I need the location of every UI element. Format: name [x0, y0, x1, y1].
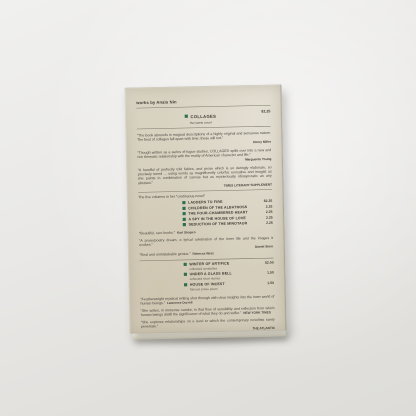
green-square-icon: [183, 212, 186, 215]
book-title: WINTER OF ARTIFICEcollected novelettes: [189, 262, 229, 272]
review-attribution: NEW YORK TIMES: [243, 311, 271, 315]
review-quote: “Featherweight mystical writing shot thr…: [140, 295, 274, 307]
green-square-icon: [182, 207, 185, 210]
book-price: 2.25: [266, 216, 273, 220]
featured-title-block: COLLAGES Her latest novel $2.25: [136, 110, 270, 126]
green-square-icon: [185, 114, 188, 117]
green-square-icon: [183, 218, 186, 221]
book-price: 1.50: [267, 281, 274, 285]
book-title: SEDUCTION OF THE MINOTAUR: [189, 222, 248, 227]
book-subtitle: famous prose poem: [190, 287, 225, 292]
series-list: LADDERS TO FIRE $2.25 CHILDREN OF THE AL…: [138, 199, 272, 228]
book-subtitle: collected short stories: [190, 277, 232, 282]
review-quote: “A handful of perfectly told fables, and…: [138, 166, 272, 186]
review-attribution: Karl Shapiro: [177, 231, 196, 235]
cover-content: works by Anaïs Nin COLLAGES Her latest n…: [124, 84, 286, 333]
series-heading: The five volumes in her “continuous nove…: [138, 193, 272, 199]
green-square-icon: [183, 223, 186, 226]
collections-list: WINTER OF ARTIFICEcollected novelettes $…: [140, 261, 275, 293]
book-title: A SPY IN THE HOUSE OF LOVE: [188, 216, 246, 221]
paperback-book: works by Anaïs Nin COLLAGES Her latest n…: [124, 84, 286, 333]
book-price: 1.50: [267, 271, 274, 275]
green-square-icon: [184, 263, 187, 266]
green-square-icon: [184, 273, 187, 276]
book-title: UNDER A GLASS BELLcollected short storie…: [190, 272, 232, 282]
green-square-icon: [182, 201, 185, 204]
book-price: $2.25: [264, 199, 273, 203]
book-title: THE FOUR-CHAMBERED HEART: [188, 211, 248, 216]
featured-title: COLLAGES: [190, 114, 216, 119]
green-square-icon: [184, 283, 187, 286]
review-attribution: Rebecca West: [192, 252, 213, 256]
featured-subtitle: Her latest novel: [185, 121, 217, 125]
photo-scene: works by Anaïs Nin COLLAGES Her latest n…: [0, 0, 416, 416]
book-title: CHILDREN OF THE ALBATROSS: [188, 205, 247, 210]
book-subtitle: collected novelettes: [189, 267, 229, 272]
review-quote: “Beautiful, rare books.” Karl Shapiro: [139, 229, 273, 236]
review-quote: “She writes, in immense candor, in that …: [141, 306, 275, 318]
divider: [137, 126, 271, 129]
book-price: $2.00: [265, 261, 274, 265]
review-quote: “Real and unmistakable genius.” Rebecca …: [139, 251, 273, 258]
cover-header: works by Anaïs Nin: [136, 98, 270, 106]
divider: [138, 189, 272, 192]
divider: [136, 105, 270, 108]
book-price: 2.25: [266, 210, 273, 214]
book-price: 2.25: [266, 205, 273, 209]
list-item: HOUSE OF INCESTfamous prose poem 1.50: [140, 281, 274, 293]
book-title: HOUSE OF INCESTfamous prose poem: [190, 282, 225, 292]
book-title: LADDERS TO FIRE: [188, 200, 223, 205]
featured-price: $2.25: [261, 110, 270, 114]
book-price: 2.25: [266, 221, 273, 225]
book-back-cover: works by Anaïs Nin COLLAGES Her latest n…: [124, 84, 286, 333]
review-attribution: Lawrence Durrell: [167, 302, 193, 306]
